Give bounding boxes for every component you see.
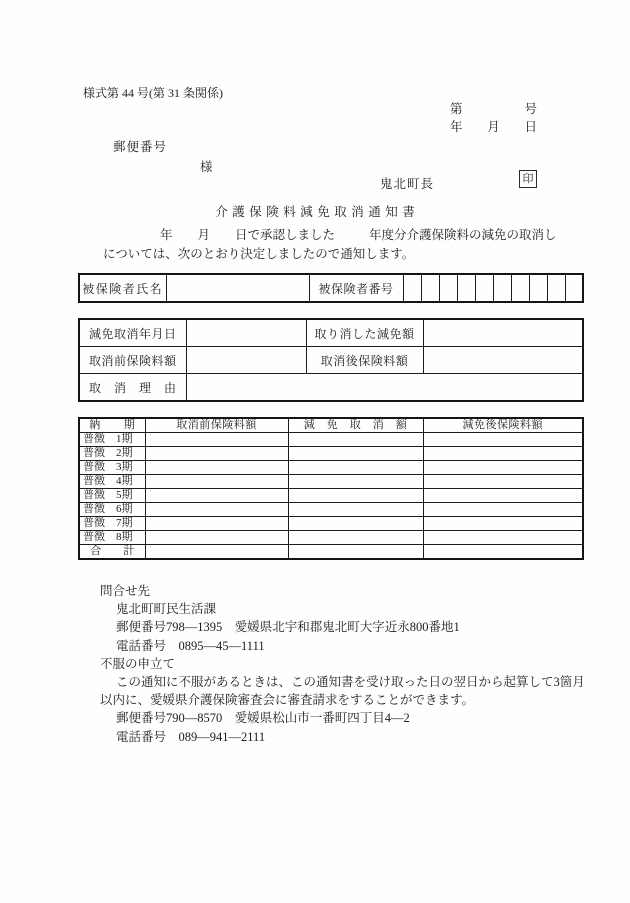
premium-before-value-cell	[186, 347, 306, 374]
cancel-date-label: 減免取消年月日	[79, 319, 186, 347]
cancel-reason-value-cell	[186, 374, 583, 402]
period-cell: 普徴 8期	[79, 531, 145, 545]
before-amount-cell	[145, 447, 288, 461]
footer-appeal-phone: 電話番号 089―941―2111	[100, 728, 585, 746]
cancel-date-value-cell	[186, 319, 306, 347]
before-amount-cell	[145, 503, 288, 517]
total-label-cell: 合 計	[79, 545, 145, 560]
footer-appeal-line1: この通知に不服があるときは、この通知書を受け取った日の翌日から起算して3箇月	[100, 673, 585, 691]
cancelled-amount-label: 取り消した減免額	[306, 319, 423, 347]
total-cancelled-amount-cell	[288, 545, 423, 560]
schedule-row: 普徴 4期	[79, 475, 583, 489]
premium-before-label: 取消前保険料額	[79, 347, 186, 374]
period-cell: 普徴 5期	[79, 489, 145, 503]
intro-line1-approval: 年 月 日で承認しました	[160, 228, 335, 242]
period-cell: 普徴 2期	[79, 447, 145, 461]
intro-line1-subject: 年度分介護保険料の減免の取消し	[369, 228, 557, 242]
schedule-total-row: 合 計	[79, 545, 583, 560]
schedule-row: 普徴 1期	[79, 433, 583, 447]
postal-code-label: 郵便番号	[113, 137, 167, 155]
document-number-line: 第 号	[450, 99, 537, 117]
period-cell: 普徴 4期	[79, 475, 145, 489]
header-cancelled-amount: 減 免 取 消 額	[288, 418, 423, 433]
period-cell: 普徴 3期	[79, 461, 145, 475]
before-amount-cell	[145, 475, 288, 489]
intro-line2: については、次のとおり決定しましたので通知します。	[103, 245, 581, 264]
footer-contact-address: 郵便番号798―1395 愛媛県北宇和郡鬼北町大字近永800番地1	[100, 618, 585, 636]
header-premium-after: 減免後保険料額	[423, 418, 583, 433]
cancelled-amount-cell	[288, 531, 423, 545]
schedule-row: 普徴 5期	[79, 489, 583, 503]
insured-number-digit-cell	[403, 274, 421, 302]
cancelled-amount-cell	[288, 489, 423, 503]
insured-number-digit-cell	[565, 274, 583, 302]
insured-number-digit-cell	[457, 274, 475, 302]
cancelled-amount-cell	[288, 447, 423, 461]
after-amount-cell	[423, 517, 583, 531]
premium-amount-row: 取消前保険料額 取消後保険料額	[79, 347, 583, 374]
period-cell: 普徴 7期	[79, 517, 145, 531]
schedule-row: 普徴 7期	[79, 517, 583, 531]
premium-after-value-cell	[423, 347, 583, 374]
doc-number-suffix: 号	[524, 99, 537, 117]
after-amount-cell	[423, 475, 583, 489]
footer-contact-department: 鬼北町町民生活課	[100, 600, 585, 618]
footer-appeal-heading: 不服の申立て	[100, 655, 585, 673]
before-amount-cell	[145, 489, 288, 503]
insured-info-row: 被保険者氏名 被保険者番号	[79, 274, 583, 302]
schedule-row: 普徴 8期	[79, 531, 583, 545]
footer-appeal-address: 郵便番号790―8570 愛媛県松山市一番町四丁目4―2	[100, 709, 585, 727]
after-amount-cell	[423, 531, 583, 545]
doc-number-prefix: 第	[450, 99, 463, 117]
before-amount-cell	[145, 517, 288, 531]
footer-appeal-line2: 以内に、愛媛県介護保険審査会に審査請求をすることができます。	[100, 691, 585, 709]
insured-name-value-cell	[166, 274, 309, 302]
after-amount-cell	[423, 447, 583, 461]
insured-number-digit-cell	[547, 274, 565, 302]
schedule-row: 普徴 6期	[79, 503, 583, 517]
footer-contact-phone: 電話番号 0895―45―1111	[100, 637, 585, 655]
after-amount-cell	[423, 503, 583, 517]
date-day-label: 日	[524, 117, 537, 135]
after-amount-cell	[423, 433, 583, 447]
seal-mark: 印	[519, 170, 537, 188]
cancelled-amount-value-cell	[423, 319, 583, 347]
insured-number-digit-cell	[439, 274, 457, 302]
cancelled-amount-cell	[288, 517, 423, 531]
date-month-label: 月	[487, 117, 500, 135]
before-amount-cell	[145, 433, 288, 447]
cancellation-detail-table: 減免取消年月日 取り消した減免額 取消前保険料額 取消後保険料額 取 消 理 由	[78, 318, 584, 402]
total-after-amount-cell	[423, 545, 583, 560]
before-amount-cell	[145, 461, 288, 475]
cancelled-amount-cell	[288, 475, 423, 489]
insured-number-digit-cell	[529, 274, 547, 302]
footer-block: 問合せ先 鬼北町町民生活課 郵便番号798―1395 愛媛県北宇和郡鬼北町大字近…	[100, 582, 585, 746]
footer-contact-heading: 問合せ先	[100, 582, 585, 600]
cancel-date-row: 減免取消年月日 取り消した減免額	[79, 319, 583, 347]
schedule-row: 普徴 2期	[79, 447, 583, 461]
cancelled-amount-cell	[288, 503, 423, 517]
intro-paragraph: 年 月 日で承認しました年度分介護保険料の減免の取消し については、次のとおり決…	[103, 226, 581, 263]
insured-number-digit-cell	[475, 274, 493, 302]
period-cell: 普徴 1期	[79, 433, 145, 447]
issuer-name: 鬼北町長	[380, 174, 434, 192]
insured-number-label: 被保険者番号	[309, 274, 403, 302]
cancel-reason-row: 取 消 理 由	[79, 374, 583, 402]
premium-after-label: 取消後保険料額	[306, 347, 423, 374]
insured-number-digit-cell	[421, 274, 439, 302]
notice-document-page: 様式第 44 号(第 31 条関係) 第 号 年 月 日 郵便番号 様 鬼北町長…	[0, 0, 630, 903]
cancel-reason-label: 取 消 理 由	[79, 374, 186, 402]
form-number: 様式第 44 号(第 31 条関係)	[83, 84, 223, 101]
cancelled-amount-cell	[288, 433, 423, 447]
document-title: 介護保険料減免取消通知書	[0, 202, 630, 220]
payment-schedule-table: 納 期 取消前保険料額 減 免 取 消 額 減免後保険料額 普徴 1期 普徴 2…	[78, 417, 584, 560]
header-premium-before: 取消前保険料額	[145, 418, 288, 433]
date-year-label: 年	[450, 117, 463, 135]
insured-info-table: 被保険者氏名 被保険者番号	[78, 273, 584, 303]
insured-number-digit-cell	[493, 274, 511, 302]
header-period: 納 期	[79, 418, 145, 433]
total-before-amount-cell	[145, 545, 288, 560]
period-cell: 普徴 6期	[79, 503, 145, 517]
document-date-line: 年 月 日	[450, 117, 537, 135]
before-amount-cell	[145, 531, 288, 545]
after-amount-cell	[423, 461, 583, 475]
insured-number-digit-cell	[511, 274, 529, 302]
addressee-honorific: 様	[200, 157, 213, 175]
intro-line1: 年 月 日で承認しました年度分介護保険料の減免の取消し	[103, 226, 581, 245]
cancelled-amount-cell	[288, 461, 423, 475]
after-amount-cell	[423, 489, 583, 503]
schedule-header-row: 納 期 取消前保険料額 減 免 取 消 額 減免後保険料額	[79, 418, 583, 433]
schedule-row: 普徴 3期	[79, 461, 583, 475]
insured-name-label: 被保険者氏名	[79, 274, 166, 302]
